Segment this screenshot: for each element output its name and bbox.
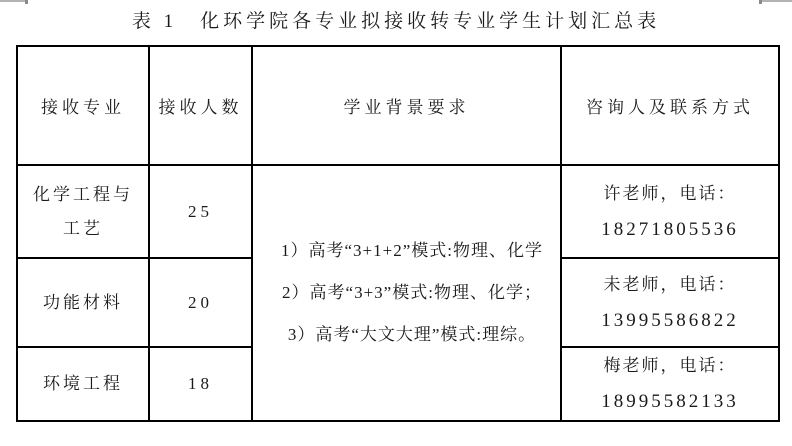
major-cell: 化学工程与 工艺 [17, 165, 149, 258]
count-cell: 25 [149, 165, 252, 258]
count-cell: 18 [149, 347, 252, 421]
contact-cell: 未老师，电话： 13995586822 [561, 258, 779, 347]
major-name: 环境工程 [18, 367, 148, 401]
requirement-line-3: 3）高考“大文大理”模式:理综。 [253, 314, 560, 356]
header-receiving-count: 接收人数 [149, 46, 252, 165]
contact-phone: 18995582133 [562, 384, 778, 420]
header-receiving-major: 接收专业 [17, 46, 149, 165]
major-name-line2: 工艺 [18, 212, 148, 246]
table-title: 表 1 化环学院各专业拟接收转专业学生计划汇总表 [0, 7, 792, 37]
contact-name: 未老师，电话： [562, 267, 778, 303]
contact-phone: 18271805536 [562, 212, 778, 248]
major-name-line1: 化学工程与 [18, 178, 148, 212]
table-row: 化学工程与 工艺 25 1）高考“3+1+2”模式:物理、化学 2）高考“3+3… [17, 165, 779, 258]
count-cell: 20 [149, 258, 252, 347]
major-cell: 环境工程 [17, 347, 149, 421]
header-academic-requirements: 学业背景要求 [252, 46, 561, 165]
requirement-line-2: 2）高考“3+3”模式:物理、化学； [253, 272, 560, 314]
contact-name: 许老师，电话： [562, 176, 778, 212]
contact-cell: 许老师，电话： 18271805536 [561, 165, 779, 258]
header-contact: 咨询人及联系方式 [561, 46, 779, 165]
major-cell: 功能材料 [17, 258, 149, 347]
header-row: 接收专业 接收人数 学业背景要求 咨询人及联系方式 [17, 46, 779, 165]
document-page: 表 1 化环学院各专业拟接收转专业学生计划汇总表 接收专业 接收人数 学业背景要… [0, 0, 792, 446]
major-name: 功能材料 [18, 286, 148, 320]
contact-phone: 13995586822 [562, 303, 778, 339]
top-right-border-artifact [760, 0, 792, 2]
contact-name: 梅老师，电话： [562, 348, 778, 384]
contact-cell: 梅老师，电话： 18995582133 [561, 347, 779, 421]
top-left-border-artifact [0, 0, 27, 2]
requirement-line-1: 1）高考“3+1+2”模式:物理、化学 [253, 230, 560, 272]
requirements-cell: 1）高考“3+1+2”模式:物理、化学 2）高考“3+3”模式:物理、化学； 3… [252, 165, 561, 421]
transfer-plan-table: 接收专业 接收人数 学业背景要求 咨询人及联系方式 化学工程与 工艺 25 1）… [16, 45, 780, 422]
